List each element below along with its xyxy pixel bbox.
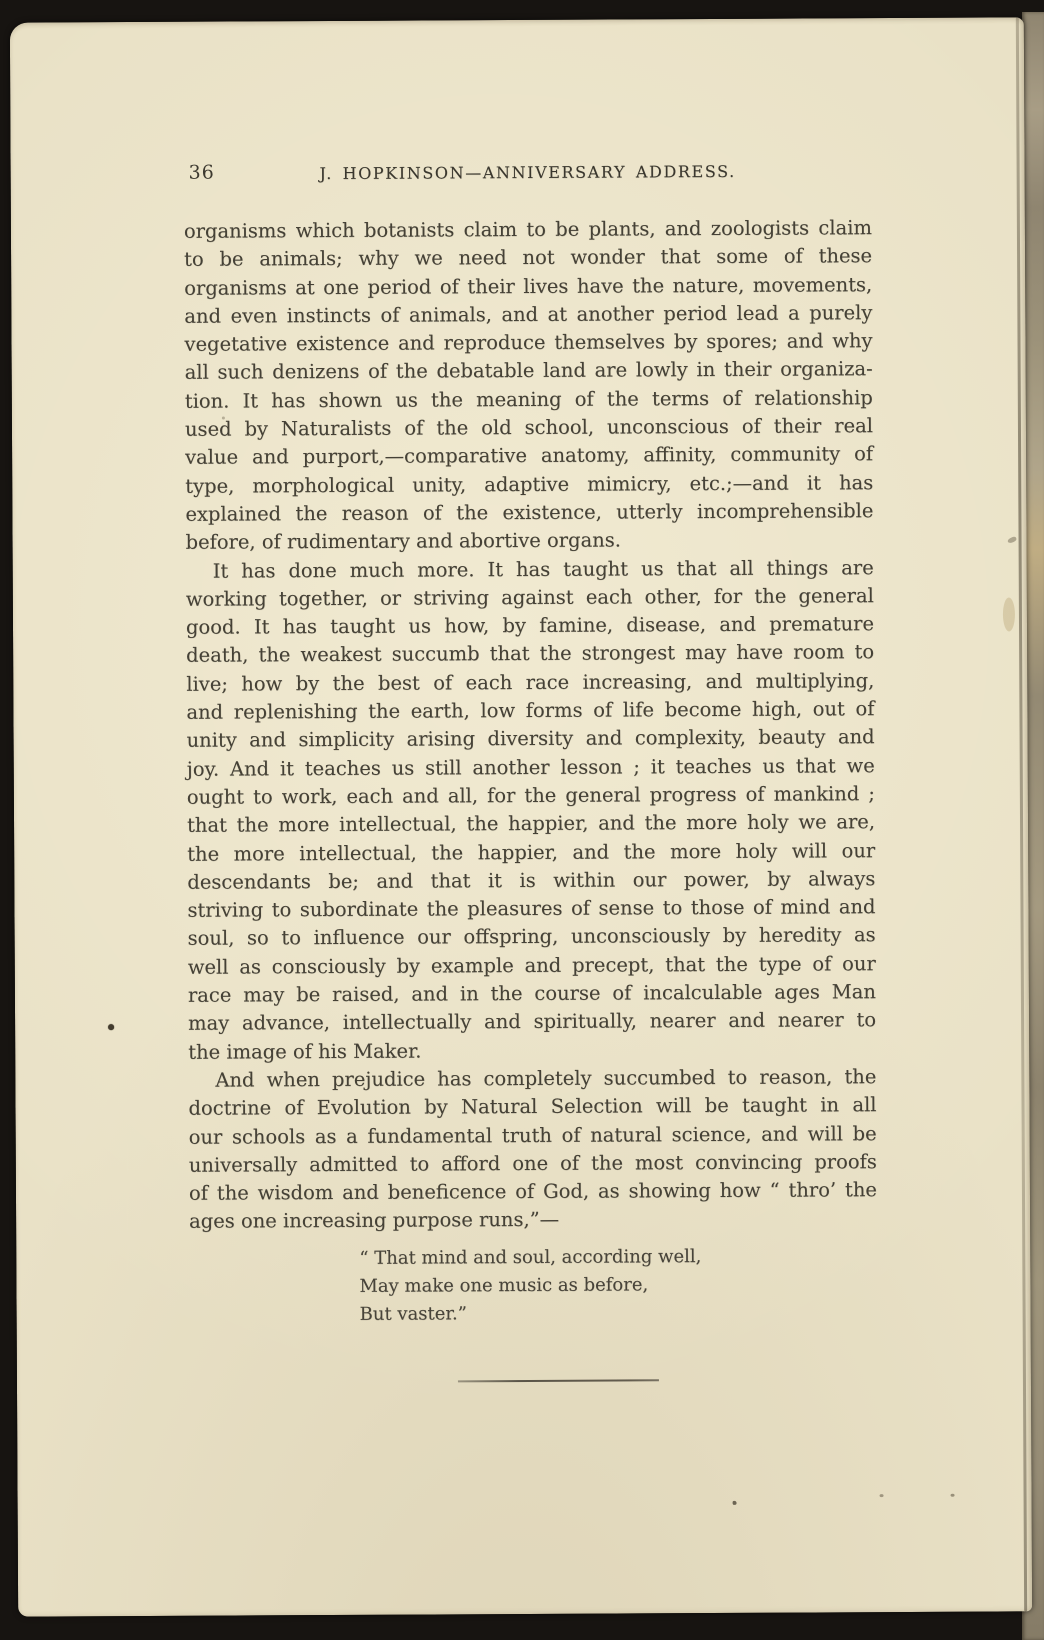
verse-line: May make one music as before, [359,1270,877,1301]
text-line: type, morphological unity, adaptive mimi… [185,469,873,501]
text-line: race may be raised, and in the course of… [188,978,876,1010]
paragraph: It has done much more. It has taught us … [186,554,877,1067]
verse-line: “ That mind and soul, according well, [359,1242,877,1273]
book-page: 36 J. HOPKINSON—ANNIVERSARY ADDRESS. org… [10,17,1032,1616]
text-line: And when prejudice has completely succum… [188,1063,876,1095]
text-line: joy. And it teaches us still another les… [187,752,875,784]
ink-speck [880,1494,884,1497]
text-line: soul, so to influence our offspring, unc… [188,922,876,954]
running-header: J. HOPKINSON—ANNIVERSARY ADDRESS. [184,161,872,184]
verse-line: But vaster.” [360,1298,878,1329]
ink-speck [108,1024,114,1030]
ink-speck [951,1494,955,1497]
text-body: organisms which botanists claim to be pl… [184,214,878,1329]
text-line: striving to subordinate the pleasures of… [187,893,875,925]
text-line: organisms at one period of their lives h… [184,271,872,303]
ink-speck [733,1501,737,1505]
text-line: to be animals; why we need not wonder th… [184,242,872,274]
ink-speck [222,417,225,420]
foxing-stain [1003,597,1015,631]
text-line: and even instincts of animals, and at an… [184,299,872,331]
text-line: value and purport,—comparative anatomy, … [185,441,873,473]
text-line: the image of his Maker. [188,1035,876,1067]
text-line: It has done much more. It has taught us … [186,554,874,586]
paragraph: And when prejudice has completely succum… [188,1063,877,1236]
text-line: the more intellectual, the happier, and … [187,837,875,869]
text-line: and replenishing the earth, low forms of… [186,695,874,727]
paragraph: organisms which botanists claim to be pl… [184,214,874,557]
text-line: universally admitted to afford one of th… [189,1148,877,1180]
text-line: all such denizens of the debatable land … [185,356,873,388]
text-line: death, the weakest succumb that the stro… [186,639,874,671]
text-line: that the more intellectual, the happier,… [187,808,875,840]
text-line: used by Naturalists of the old school, u… [185,412,873,444]
text-line: may advance, intellectually and spiritua… [188,1006,876,1038]
text-line: descendants be; and that it is within ou… [187,865,875,897]
text-line: explained the reason of the existence, u… [185,497,873,529]
text-line: our schools as a fundamental truth of na… [189,1120,877,1152]
text-line: unity and simplicity arising diversity a… [187,723,875,755]
text-line: organisms which botanists claim to be pl… [184,214,872,246]
verse-quotation: “ That mind and soul, according well,May… [359,1242,877,1329]
ink-speck [1007,536,1017,544]
text-line: well as consciously by example and prece… [188,950,876,982]
text-line: live; how by the best of each race incre… [186,667,874,699]
text-line: tion. It has shown us the meaning of the… [185,384,873,416]
section-end-rule [458,1379,659,1382]
text-line: of the wisdom and beneficence of God, as… [189,1176,877,1208]
text-line: before, of rudimentary and abortive orga… [185,525,873,557]
text-line: doctrine of Evolution by Natural Selecti… [188,1091,876,1123]
text-line: ages one increasing purpose runs,”— [189,1205,877,1237]
scanned-page-background: 36 J. HOPKINSON—ANNIVERSARY ADDRESS. org… [0,0,1044,1640]
text-line: working together, or striving against ea… [186,582,874,614]
text-line: vegetative existence and reproduce thems… [184,327,872,359]
text-line: good. It has taught us how, by famine, d… [186,610,874,642]
text-line: ought to work, each and all, for the gen… [187,780,875,812]
